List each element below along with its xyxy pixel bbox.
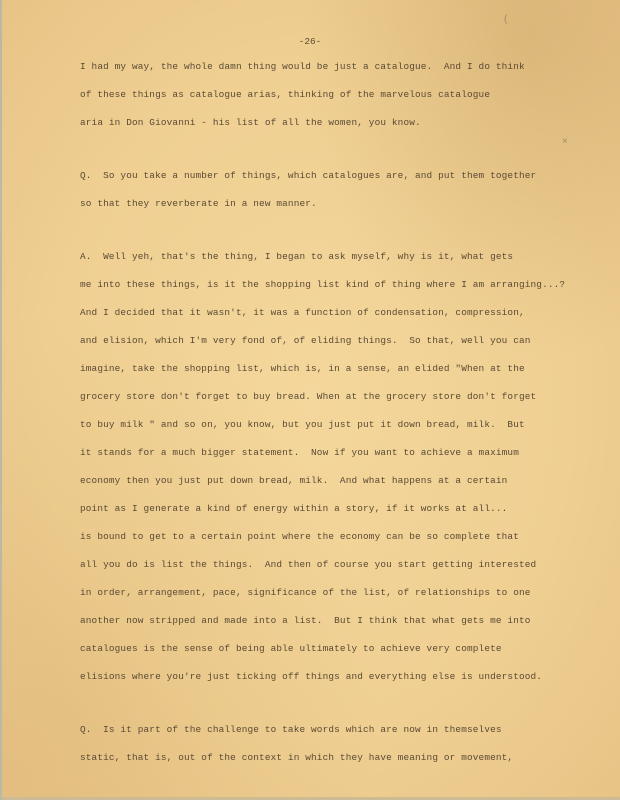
answer-line: imagine, take the shopping list, which i… xyxy=(80,363,525,375)
answer-line: economy then you just put down bread, mi… xyxy=(80,475,507,487)
answer-line: is bound to get to a certain point where… xyxy=(80,531,519,543)
question-line: Q. Is it part of the challenge to take w… xyxy=(80,724,502,736)
answer-line: another now stripped and made into a lis… xyxy=(80,615,531,627)
answer-line: it stands for a much bigger statement. N… xyxy=(80,447,519,459)
pencil-mark: × xyxy=(562,136,568,147)
answer-line: A. Well yeh, that's the thing, I began t… xyxy=(80,251,513,263)
answer-line: And I decided that it wasn't, it was a f… xyxy=(80,307,525,319)
answer-line: grocery store don't forget to buy bread.… xyxy=(80,391,536,403)
answer-line: all you do is list the things. And then … xyxy=(80,559,536,571)
answer-line: and elision, which I'm very fond of, of … xyxy=(80,335,531,347)
typewritten-page: -26- I had my way, the whole damn thing … xyxy=(0,0,620,800)
question-line: static, that is, out of the context in w… xyxy=(80,752,513,764)
text-line: I had my way, the whole damn thing would… xyxy=(80,61,525,73)
question-line: Q. So you take a number of things, which… xyxy=(80,170,536,182)
answer-line: to buy milk " and so on, you know, but y… xyxy=(80,419,525,431)
answer-line: in order, arrangement, pace, significanc… xyxy=(80,587,531,599)
answer-line: elisions where you're just ticking off t… xyxy=(80,671,542,683)
text-line: of these things as catalogue arias, thin… xyxy=(80,89,490,101)
question-line: so that they reverberate in a new manner… xyxy=(80,198,317,210)
pencil-mark: ( xyxy=(504,14,507,25)
answer-line: point as I generate a kind of energy wit… xyxy=(80,503,507,515)
answer-line: me into these things, is it the shopping… xyxy=(80,279,565,291)
answer-line: catalogues is the sense of being able ul… xyxy=(80,643,502,655)
text-line: aria in Don Giovanni - his list of all t… xyxy=(80,117,421,129)
page-number: -26- xyxy=(0,36,620,47)
